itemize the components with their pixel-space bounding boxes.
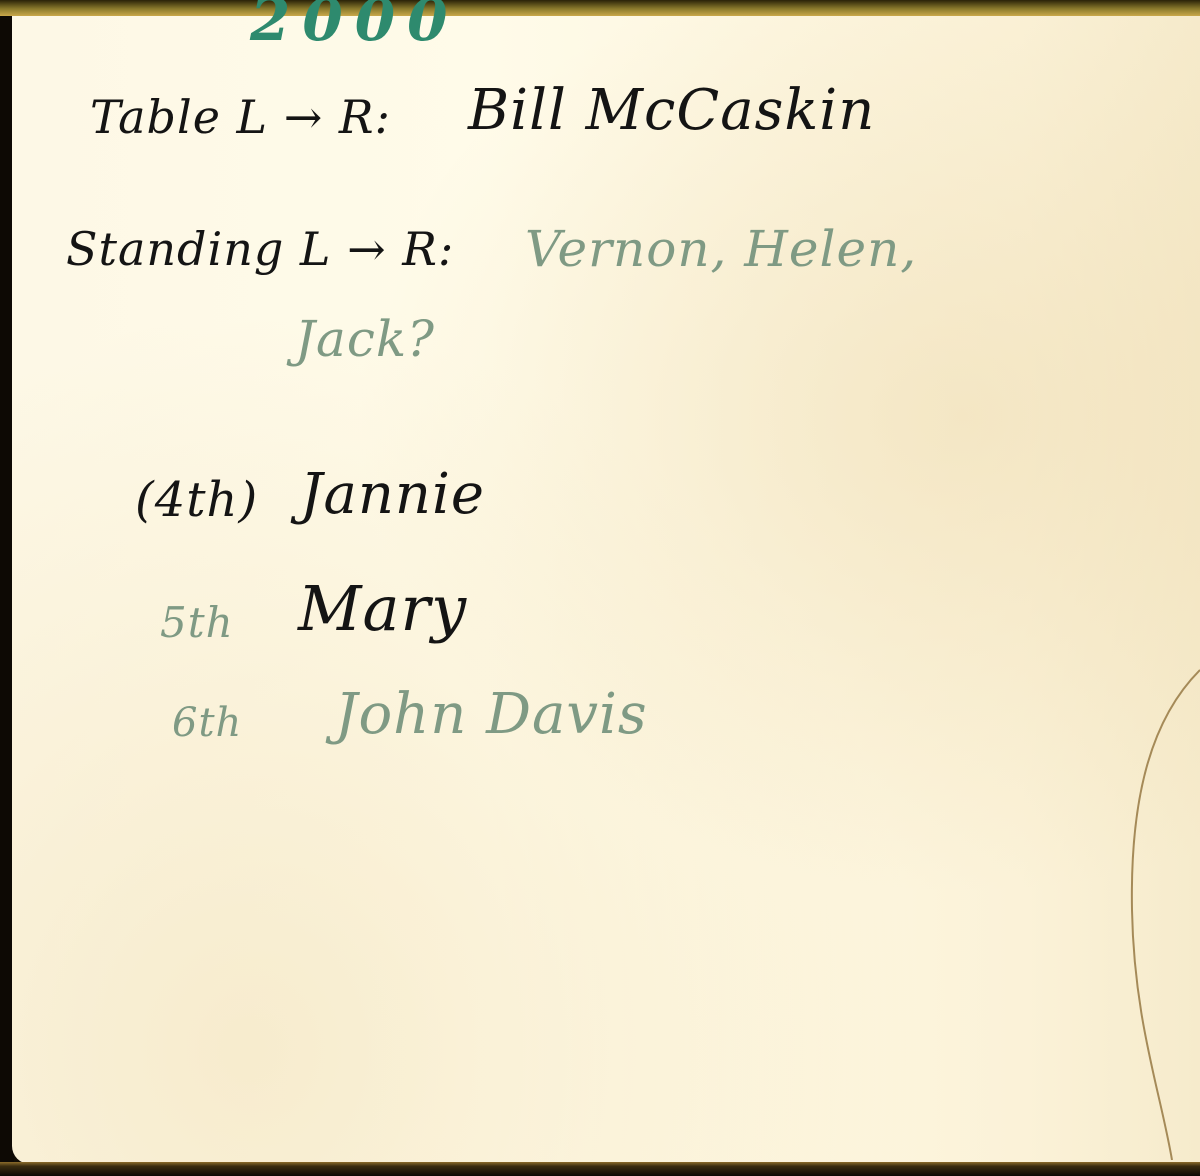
sixth-label: 6th: [172, 700, 242, 746]
scan-border-top: [0, 0, 1200, 16]
stamp-numbers: 2000: [250, 0, 459, 54]
sixth-name: John Davis: [335, 682, 648, 747]
photo-edge-curve: [1120, 660, 1200, 1160]
scan-border-bottom: [0, 1162, 1200, 1176]
photo-back-paper: [12, 14, 1200, 1164]
standing-names-line1: Vernon, Helen,: [525, 220, 917, 278]
table-names: Bill McCaskin: [468, 78, 875, 143]
fourth-label: (4th): [135, 472, 258, 528]
fifth-name: Mary: [298, 572, 467, 645]
fifth-label: 5th: [160, 598, 234, 647]
standing-label: Standing L → R:: [66, 222, 454, 276]
fourth-name: Jannie: [300, 462, 485, 527]
standing-names-line2: Jack?: [295, 310, 435, 368]
table-label: Table L → R:: [90, 90, 391, 144]
